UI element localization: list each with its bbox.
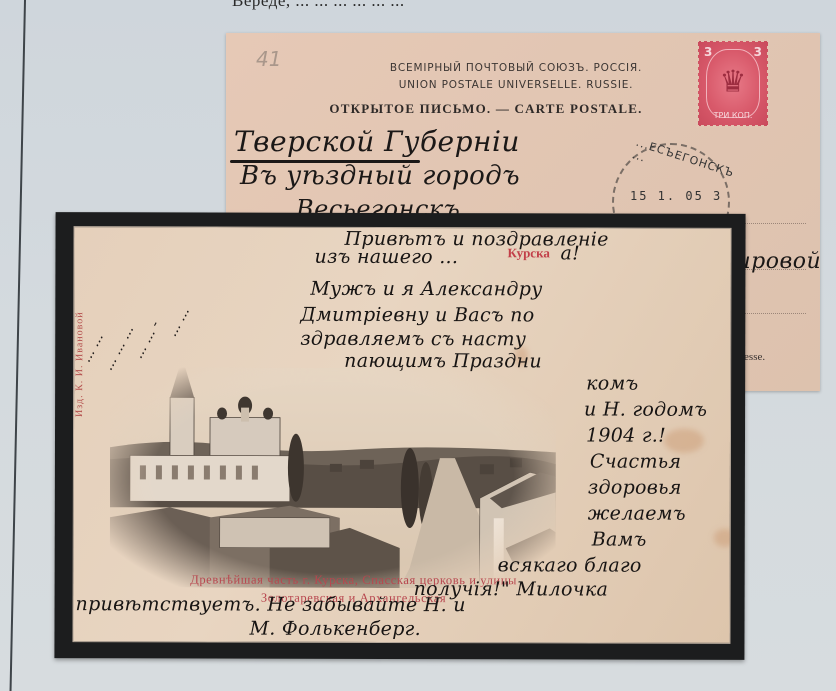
publisher-credit: Изд. К. И. Ивановой (74, 289, 85, 439)
handwritten-message-line: здравляемъ съ насту (300, 328, 526, 351)
postmark-date: 15 1. 05 3 (630, 189, 722, 203)
handwritten-message-line: комъ (586, 372, 638, 394)
handwritten-address-line: Въ уѣздный городъ (240, 161, 520, 191)
handwritten-message-line: привѣтствуетъ. Не забывайте Н. и (76, 593, 466, 616)
double-headed-eagle-icon: ♛ (720, 64, 747, 99)
foxing-stain (714, 529, 732, 547)
handwritten-margin-note: ... ... (164, 304, 193, 339)
handwritten-margin-note: ... ... ... (100, 323, 137, 374)
city-view-illustration (110, 367, 557, 588)
handwritten-address-line: Тверской Губерніи (234, 125, 520, 158)
handwritten-message-line: 1904 г.! (586, 424, 666, 446)
handwritten-message-line: Счастья (590, 450, 681, 472)
handwritten-message-line: и Н. годомъ (584, 398, 707, 420)
postcard-title: ОТКРЫТОЕ ПИСЬМО. — CARTE POSTALE. (266, 101, 706, 117)
foxing-stain (664, 429, 704, 453)
picture-postcard: Изд. К. И. Ивановой Курска Древнѣйшая ча… (72, 226, 731, 644)
handwritten-message-line: всякаго благо (498, 554, 642, 576)
album-top-caption: Вереде, ... ... ... ... ... ... (232, 0, 652, 11)
postmark-town: ...ЕСЪЕГОНСКЪ ... (630, 136, 736, 192)
stamp-denomination: 3 (754, 45, 762, 59)
handwritten-message-line: здоровья (588, 476, 682, 498)
handwritten-message-line: Вамъ (592, 529, 647, 551)
stamp-denomination: 3 (704, 45, 712, 59)
handwritten-message-line: изъ нашего ... (314, 246, 458, 268)
handwritten-message-line: желаемъ (588, 502, 686, 524)
black-mount-frame: Изд. К. И. Ивановой Курска Древнѣйшая ча… (54, 212, 745, 660)
postcard-header-french: UNION POSTALE UNIVERSELLE. RUSSIE. (301, 79, 731, 91)
kursk-city-photo (110, 367, 557, 588)
handwritten-message-line: a! (560, 242, 580, 264)
handwritten-message-line: Дмитріевну и Васъ по (300, 304, 534, 327)
pencil-inventory-number: 41 (256, 47, 281, 71)
postcard-header-russian: ВСЕМІРНЫЙ ПОЧТОВЫЙ СОЮЗЪ. РОССІЯ. (301, 62, 731, 74)
stamp-value-text: ТРИ КОП. (698, 111, 768, 120)
handwritten-message-line: Мужъ и я Александру (310, 278, 542, 301)
postage-stamp: 3 3 ♛ ТРИ КОП. (698, 41, 768, 126)
handwritten-margin-note: ... ... - (130, 318, 163, 361)
handwritten-message-line: пающимъ Праздни (344, 350, 542, 373)
handwritten-message-line: М. Фолькенберг. (249, 618, 420, 640)
album-page-rule (10, 0, 26, 691)
